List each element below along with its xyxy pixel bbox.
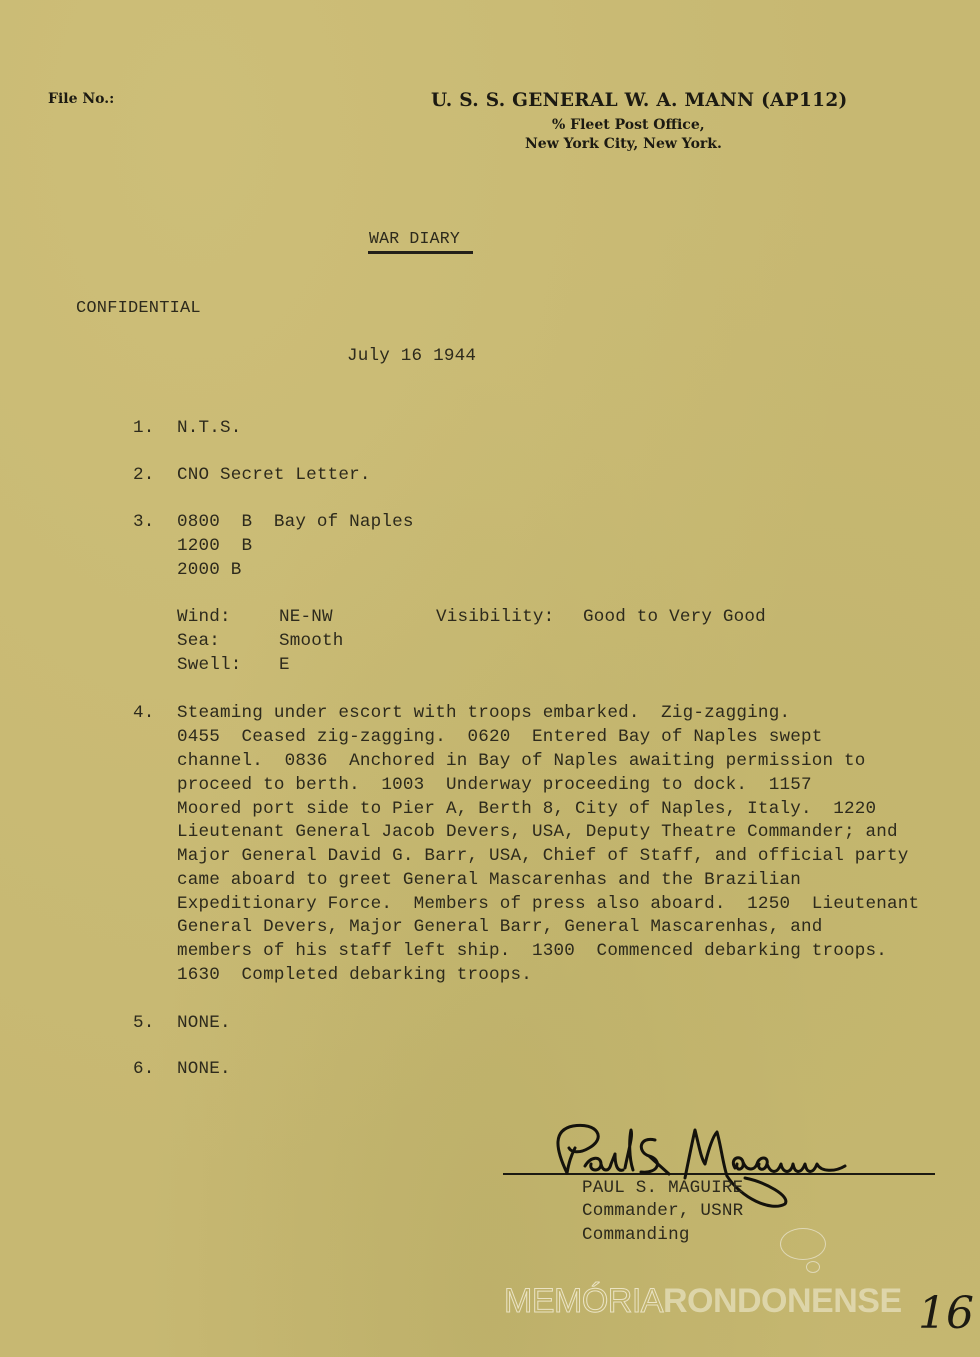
narrative-line: proceed to berth. 1003 Underway proceedi… [177,775,812,795]
narrative-line: Lieutenant General Jacob Devers, USA, De… [177,822,898,842]
item-number: 5. [133,1013,155,1033]
narrative-line: Moored port side to Pier A, Berth 8, Cit… [177,799,876,819]
narrative-line: members of his staff left ship. 1300 Com… [177,941,887,961]
sea-label: Sea: [177,631,220,651]
visibility-label: Visibility: [436,607,554,627]
narrative-line: Major General David G. Barr, USA, Chief … [177,846,909,866]
watermark-text-bold: RONDONENSE [663,1282,902,1320]
narrative-line: 1630 Completed debarking troops. [177,965,532,985]
narrative-line: channel. 0836 Anchored in Bay of Naples … [177,751,866,771]
narrative-line: 0455 Ceased zig-zagging. 0620 Entered Ba… [177,727,822,747]
swell-label: Swell: [177,655,242,675]
position-line: 0800 B Bay of Naples [177,512,414,532]
watermark-logo: MEMÓRIARONDONENSE [504,1282,902,1321]
address-line-2: New York City, New York. [525,136,722,152]
diary-date: July 16 1944 [347,346,476,366]
watermark-circle-icon [780,1228,826,1260]
item-number: 1. [133,418,155,438]
visibility-value: Good to Very Good [583,607,766,627]
narrative-line: Steaming under escort with troops embark… [177,703,790,723]
position-line: 2000 B [177,560,242,580]
signatory-role: Commanding [582,1225,690,1245]
address-line-1: % Fleet Post Office, [552,117,705,133]
swell-value: E [279,655,290,675]
item-text: CNO Secret Letter. [177,465,371,485]
signatory-rank: Commander, USNR [582,1201,743,1221]
file-number-label: File No.: [48,91,114,107]
item-text: NONE. [177,1059,231,1079]
watermark-text-light: MEMÓRIA [504,1282,663,1320]
wind-value: NE-NW [279,607,333,627]
narrative-line: came aboard to greet General Mascarenhas… [177,870,801,890]
handwritten-page-number: 16 [918,1288,974,1339]
narrative-line: General Devers, Major General Barr, Gene… [177,917,822,937]
item-number: 2. [133,465,155,485]
classification-label: CONFIDENTIAL [76,299,201,318]
watermark-small-circle-icon [806,1261,820,1273]
document-title: WAR DIARY [369,229,460,248]
item-number: 6. [133,1059,155,1079]
item-number: 3. [133,512,155,532]
wind-label: Wind: [177,607,231,627]
item-text: N.T.S. [177,418,242,438]
item-text: NONE. [177,1013,231,1033]
narrative-line: Expeditionary Force. Members of press al… [177,894,919,914]
position-line: 1200 B [177,536,252,556]
item-number: 4. [133,703,155,723]
signatory-name: PAUL S. MAGUIRE [582,1178,743,1198]
ship-name-heading: U. S. S. GENERAL W. A. MANN (AP112) [431,90,848,111]
sea-value: Smooth [279,631,344,651]
title-underline [368,251,473,254]
